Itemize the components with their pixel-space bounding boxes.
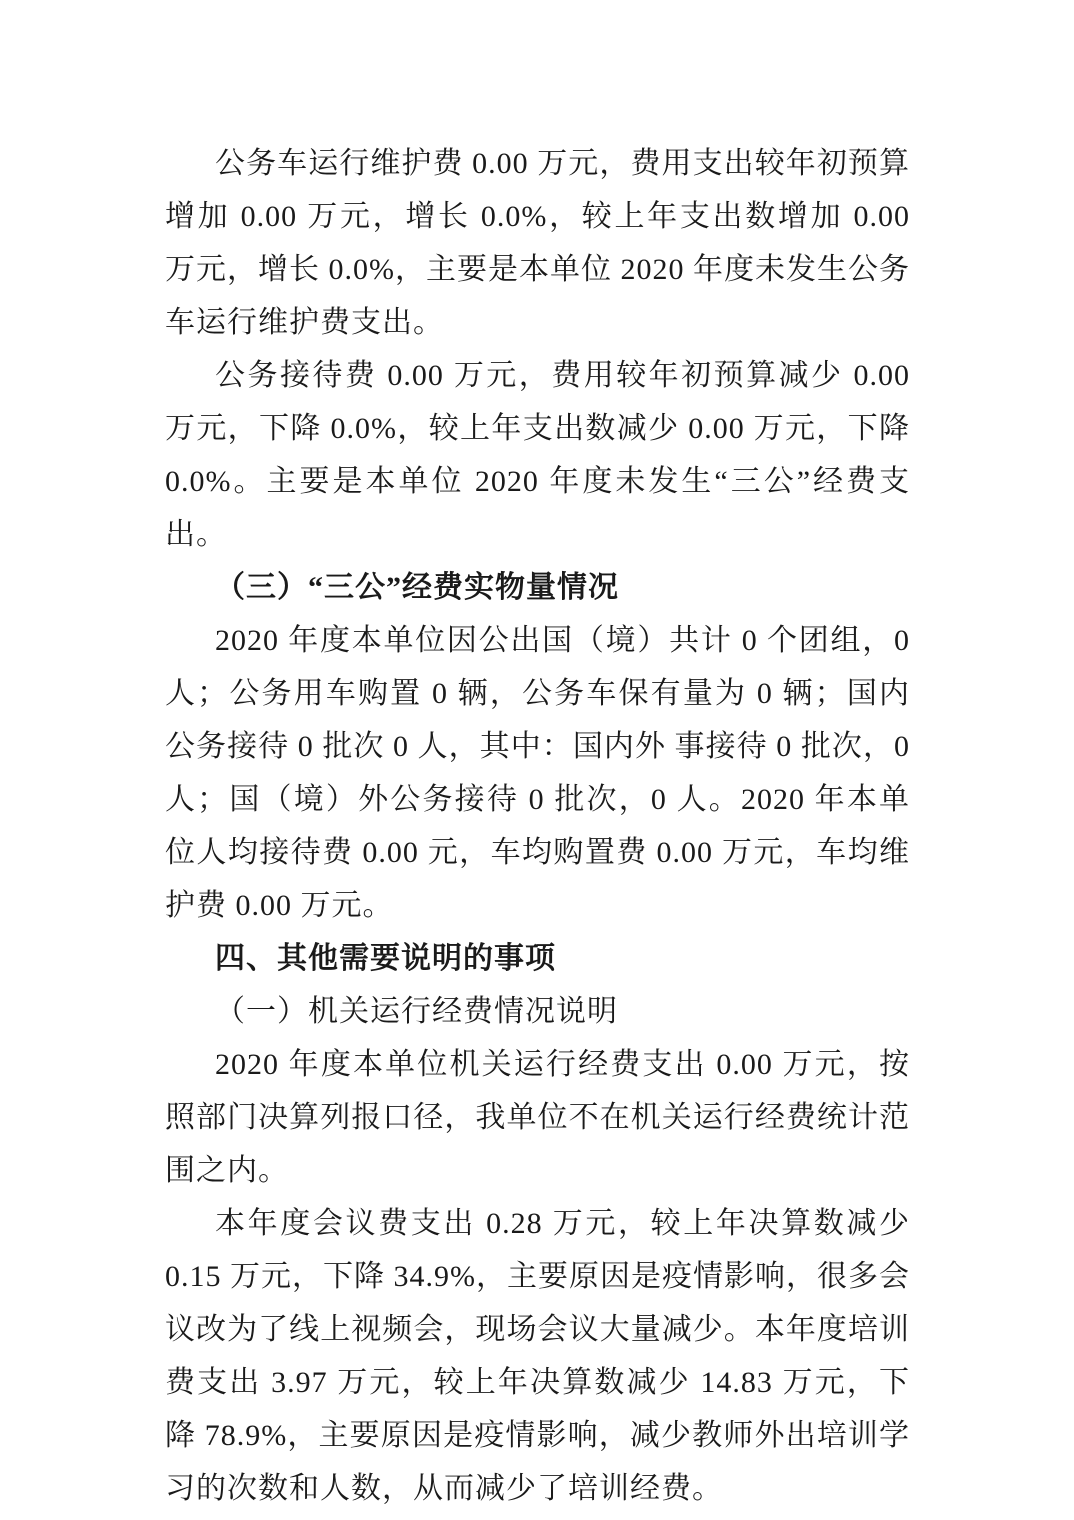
paragraph-agency-operating-funds: 2020 年度本单位机关运行经费支出 0.00 万元，按照部门决算列报口径，我单… bbox=[165, 1038, 910, 1197]
heading-agency-operating-funds: （一）机关运行经费情况说明 bbox=[165, 985, 910, 1038]
paragraph-official-reception-fee: 公务接待费 0.00 万元，费用较年初预算减少 0.00 万元，下降 0.0%，… bbox=[165, 349, 910, 561]
paragraph-meeting-and-training-fee: 本年度会议费支出 0.28 万元，较上年决算数减少 0.15 万元，下降 34.… bbox=[165, 1197, 910, 1515]
heading-three-public-physical-quantity: （三）“三公”经费实物量情况 bbox=[165, 561, 910, 614]
document-page: 公务车运行维护费 0.00 万元，费用支出较年初预算增加 0.00 万元，增长 … bbox=[0, 0, 1074, 1520]
paragraph-vehicle-maintenance-fee: 公务车运行维护费 0.00 万元，费用支出较年初预算增加 0.00 万元，增长 … bbox=[165, 137, 910, 349]
paragraph-physical-quantity-detail: 2020 年度本单位因公出国（境）共计 0 个团组，0 人；公务用车购置 0 辆… bbox=[165, 614, 910, 932]
heading-other-matters: 四、其他需要说明的事项 bbox=[165, 932, 910, 985]
